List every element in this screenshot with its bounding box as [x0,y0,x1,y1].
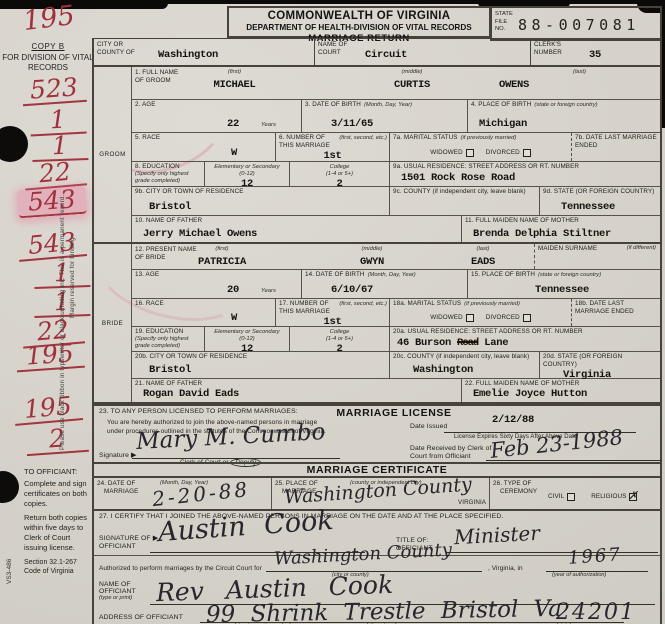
num-sub-label: (first, second, etc.) [339,301,387,308]
college-sub: (1-4 or 5+) [326,336,353,343]
groom-marital-label: 7a. MARITAL STATUS [393,134,458,142]
bride-parents-row: 21. NAME OF FATHER Rogan David Eads 22. … [132,379,660,402]
last-sub-label: (last) [477,246,490,253]
bride-education-label-cell: 19. EDUCATION (Specify only highest grad… [132,327,205,351]
received-date-line [486,460,662,461]
bride-residence-value-row: 46 Burson Road Lane [397,337,657,349]
margin-handwritten-number: 195 [13,392,83,426]
state-file-label-3: NO. [495,26,516,34]
bride-last-value: EADS [471,256,495,268]
bride-residence-label: 20a. USUAL RESIDENCE: STREET ADDRESS OR … [393,328,657,336]
bride-maiden-cell: MAIDEN SURNAME (if different) [534,244,659,269]
bride-section-label: BRIDE [94,244,132,402]
divorced-label: DIVORCED [486,149,520,157]
bride-middle-name: (middle) GWYN [312,244,432,269]
groom-county-cell: 9c. COUNTY (if independent city, leave b… [390,187,540,215]
elem-label: Elementary or Secondary [214,329,279,336]
groom-name-label: 1. FULL NAME OF GROOM [135,69,178,85]
groom-last-value: OWENS [499,79,529,91]
officiant-address-label: ADDRESS OF OFFICIANT [99,614,183,622]
margin-handwritten-number: 523 [21,74,87,107]
bride-marital-checkboxes: WIDOWED DIVORCED [393,314,568,322]
bride-dob-label: 14. DATE OF BIRTH [305,271,365,279]
bride-father-label: 21. NAME OF FATHER [135,380,458,388]
groom-age-row: 2. AGE 22 Years 3. DATE OF BIRTH(Month, … [132,100,660,133]
authorized-mid-text: , Virginia, in [488,565,523,573]
bride-age-value-row: 20 Years [227,284,298,296]
groom-marital-status-cell: 7a. MARITAL STATUS(if previously married… [390,133,572,161]
marital-sub-label: (if previously married) [464,301,520,308]
groom-residence-cell: 9a. USUAL RESIDENCE: STREET ADDRESS OR R… [390,162,660,186]
margin-handwritten-number: 543 [17,228,87,262]
groom-mother-value: Brenda Delphia Stiltner [473,228,657,240]
last-sub-label: (last) [573,69,586,76]
commonwealth-title: COMMONWEALTH OF VIRGINIA [229,10,489,22]
department-title: DEPARTMENT OF HEALTH-DIVISION OF VITAL R… [229,23,489,32]
elem-label: Elementary or Secondary [214,164,279,171]
groom-bride-table: GROOM 1. FULL NAME OF GROOM (first) MICH… [92,67,662,404]
groom-num-value: 1st [323,150,341,162]
state-file-label-2: FILE [495,19,516,27]
religious-checkbox-mark: ✗ [628,489,637,502]
groom-age-cell: 2. AGE 22 Years [132,100,302,132]
type-of-ceremony-cell: 26. TYPE OF CEREMONY CIVIL RELIGIOUS ✗ [490,478,660,509]
officiant-address-zip-handwriting: 24201 [556,600,636,624]
divorced-checkbox [523,149,531,157]
groom-father-value: Jerry Michael Owens [143,228,458,240]
groom-father-label: 10. NAME OF FATHER [135,217,458,225]
bride-race-value: W [231,312,272,324]
bride-rows: 12. PRESENT NAME OF BRIDE (first) PATRIC… [132,244,660,402]
margin-handwritten-number: 195 [15,340,85,373]
widowed-checkbox [466,149,474,157]
copy-designation: COPY B FOR DIVISION OF VITAL RECORDS [0,42,96,74]
margin-handwritten-number: 2 [25,424,89,457]
bride-state-label: 20d. STATE (OR FOREIGN COUNTRY) [543,353,657,369]
state-file-label: STATE FILE NO. [492,8,518,39]
binding-margin-note: Margin reserved for binding [69,237,76,318]
divorced-label: DIVORCED [486,314,520,322]
edu-sub-2: grade completed) [135,343,201,350]
groom-education-row: 8. EDUCATION (Specify only highest grade… [132,162,660,187]
num-label-2: THIS MARRIAGE [279,142,386,150]
groom-state-cell: 9d. STATE (OR FOREIGN COUNTRY) Tennessee [540,187,660,215]
pob-sub-label: (state or foreign country) [534,102,597,109]
bride-county-value: Washington [413,364,536,376]
authorized-year-handwriting: 1967 [567,544,622,569]
edu-sub-2: grade completed) [135,178,201,185]
groom-name-label-1: 1. FULL NAME [135,69,178,77]
city-county-label-1: CITY OR [97,41,311,49]
groom-dob-label: 3. DATE OF BIRTH [305,101,361,109]
marriage-certificate-section: MARRIAGE CERTIFICATE 24. DATE OF MARRIAG… [92,462,662,624]
groom-city-row: 9b. CITY OR TOWN OF RESIDENCE Bristol 9c… [132,187,660,216]
widowed-label: WIDOWED [430,314,463,322]
bride-marital-label: 18a. MARITAL STATUS [393,300,461,308]
court-label-2: COURT [318,49,527,57]
court-info-row: CITY OR COUNTY OF Washington NAME OF COU… [92,38,662,67]
signature-arrow-icon: ▶ [153,535,158,542]
groom-father-cell: 10. NAME OF FATHER Jerry Michael Owens [132,216,462,242]
form-number: VS3-486 [6,559,13,584]
middle-sub-label: (middle) [362,246,383,253]
officiant-instructions-title: TO OFFICIANT: [24,467,94,476]
code-reference-line2: Code of Virginia [24,567,94,576]
bride-dob-value: 6/10/67 [331,284,464,296]
maiden-label: MAIDEN SURNAME [538,245,597,253]
elem-sub: (0-12) [239,336,254,343]
clerk-number-label-1: CLERK'S [534,41,657,49]
groom-county-label: 9c. COUNTY (if independent city, leave b… [393,188,536,196]
bride-middle-value: GWYN [360,256,384,268]
certificate-row-24-26: 24. DATE OF MARRIAGE (Month, Day, Year) … [94,478,660,511]
groom-city-value: Bristol [149,201,386,213]
first-sub-label: (first) [215,246,228,253]
groom-mother-cell: 11. FULL MAIDEN NAME OF MOTHER Brenda De… [462,216,660,242]
widowed-checkbox [466,314,474,322]
groom-education-label-cell: 8. EDUCATION (Specify only highest grade… [132,162,205,186]
bride-father-value: Rogan David Eads [143,388,458,400]
ink-instruction-note: Please use black ribbon in typewriter or… [59,195,66,450]
officiant-note-1: Complete and sign certificates on both c… [24,479,94,508]
pob-sub-label: (state or foreign country) [538,272,601,279]
received-label-2: Court from Officiant [410,453,471,461]
bride-marriage-ended-cell: 18b. DATE LAST MARRIAGE ENDED [572,299,660,326]
copy-for-line1: FOR DIVISION OF VITAL [0,53,96,63]
officiant-note-2: Return both copies within five days to C… [24,513,94,552]
officiant-signature-handwriting: Austin Cook [157,505,334,548]
college-sub: (1-4 or 5+) [326,171,353,178]
elem-sub: (0-12) [239,171,254,178]
groom-section: GROOM 1. FULL NAME OF GROOM (first) MICH… [94,67,660,244]
bride-dob-cell: 14. DATE OF BIRTH(Month, Day, Year) 6/10… [302,270,468,298]
groom-name-label-2: OF GROOM [135,77,178,85]
bride-city-cell: 20b. CITY OR TOWN OF RESIDENCE Bristol [132,352,390,378]
signature-of-text: SIGNATURE OF [99,535,151,542]
bride-last-name: (last) EADS [432,244,534,269]
years-label: Years [261,122,276,129]
bride-college-cell: College (1-4 or 5+) 2 [290,327,390,351]
groom-first-value: MICHAEL [213,79,255,91]
bride-marriage-number-cell: 17. NUMBER OF THIS MARRIAGE (first, seco… [276,299,390,326]
date-issued-label: Date Issued [410,423,447,431]
bride-name-label-2: OF BRIDE [135,254,197,262]
bride-section: BRIDE 12. PRESENT NAME OF BRIDE (first) … [94,244,660,404]
bride-father-cell: 21. NAME OF FATHER Rogan David Eads [132,379,462,402]
clerk-number-cell: CLERK'S NUMBER 35 [531,39,660,65]
bride-county-label: 20c. COUNTY (if independent city, leave … [393,353,536,361]
officiant-signature-label-2: OFFICIANT [99,543,136,551]
copy-for-line2: RECORDS [0,63,96,73]
college-label: College [330,164,350,171]
bride-age-row: 13. AGE 20 Years 14. DATE OF BIRTH(Month… [132,270,660,299]
groom-ended-label: 7b. DATE LAST MARRIAGE ENDED [575,134,657,150]
groom-marriage-ended-cell: 7b. DATE LAST MARRIAGE ENDED [572,133,660,161]
place-of-marriage-handwriting: Washington County [283,473,472,508]
groom-race-cell: 5. RACE W [132,133,276,161]
bride-mother-label: 22. FULL MAIDEN NAME OF MOTHER [465,380,657,388]
groom-college-cell: College (1-4 or 5+) 2 [290,162,390,186]
officiant-title-handwriting: Minister [453,521,540,549]
groom-age-value-row: 22 Years [227,118,298,130]
bride-pob-value: Tennessee [535,284,657,296]
bride-county-cell: 20c. COUNTY (if independent city, leave … [390,352,540,378]
bride-elementary-cell: Elementary or Secondary (0-12) 12 [205,327,290,351]
state-file-box: STATE FILE NO. 88-007081 [490,6,662,41]
edu-sub-1: (Specify only highest [135,171,201,178]
dob-sub-label: (Month, Day, Year) [364,102,412,109]
city-county-cell: CITY OR COUNTY OF Washington [94,39,315,65]
groom-section-label: GROOM [94,67,132,242]
bride-age-value: 20 [227,284,239,296]
bride-ended-label: 18b. DATE LAST MARRIAGE ENDED [575,300,657,316]
scanned-marriage-return-document: { "margin": { "numbers": ["195","523","1… [0,0,665,624]
bride-education-row: 19. EDUCATION (Specify only highest grad… [132,327,660,352]
bride-city-value: Bristol [149,364,386,376]
officiant-address-row: ADDRESS OF OFFICIANT 99 Shrink Trestle B… [94,609,660,624]
groom-age-label: 2. AGE [135,101,298,109]
form-title-box: COMMONWEALTH OF VIRGINIA DEPARTMENT OF H… [227,6,490,38]
groom-race-row: 5. RACE W 6. NUMBER OF THIS MARRIAGE (fi… [132,133,660,162]
groom-marriage-number-cell: 6. NUMBER OF THIS MARRIAGE (first, secon… [276,133,390,161]
groom-city-label: 9b. CITY OR TOWN OF RESIDENCE [135,188,386,196]
signature-label-text: Signature [99,452,129,459]
groom-age-value: 22 [227,118,239,130]
bride-name-label: 12. PRESENT NAME OF BRIDE [135,246,197,262]
bride-mother-cell: 22. FULL MAIDEN NAME OF MOTHER Emelie Jo… [462,379,660,402]
copy-label: COPY B [0,42,96,51]
divorced-checkbox [523,314,531,322]
groom-marital-checkboxes: WIDOWED DIVORCED [393,149,568,157]
groom-dob-value: 3/11/65 [331,118,464,130]
groom-city-cell: 9b. CITY OR TOWN OF RESIDENCE Bristol [132,187,390,215]
bride-race-row: 16. RACE W 17. NUMBER OF THIS MARRIAGE (… [132,299,660,327]
years-label: Years [261,288,276,295]
bride-state-cell: 20d. STATE (OR FOREIGN COUNTRY) Virginia [540,352,660,378]
edu-sub-1: (Specify only highest [135,336,201,343]
middle-sub-label: (middle) [402,69,423,76]
officiant-instructions: TO OFFICIANT: Complete and sign certific… [24,467,94,576]
clerk-number-value: 35 [589,49,601,61]
groom-race-label: 5. RACE [135,134,272,142]
bride-city-label: 20b. CITY OR TOWN OF RESIDENCE [135,353,386,361]
maiden-sub-label: (if different) [627,245,656,253]
first-sub-label: (first) [228,69,241,76]
groom-mother-label: 11. FULL MAIDEN NAME OF MOTHER [465,217,657,225]
num-sub-label: (first, second, etc.) [339,135,387,142]
date-of-marriage-cell: 24. DATE OF MARRIAGE (Month, Day, Year) … [94,478,272,509]
bride-mother-value: Emelie Joyce Hutton [473,388,657,400]
state-file-number: 88-007081 [518,16,640,39]
code-reference-line1: Section 32.1-267 [24,558,94,567]
officiant-title-line [446,552,658,553]
court-label-1: NAME OF [318,41,527,49]
code-reference: Section 32.1-267 Code of Virginia [24,558,94,576]
bride-age-label: 13. AGE [135,271,298,279]
officiant-name-label-3: (type or print) [99,595,132,602]
widowed-label: WIDOWED [430,149,463,157]
groom-pob-cell: 4. PLACE OF BIRTH(state or foreign count… [468,100,660,132]
marriage-license-section: 23. TO ANY PERSON LICENSED TO PERFORM MA… [92,404,662,462]
state-file-label-1: STATE [495,11,516,19]
authorized-pre-text: Authorized to perform marriages by the C… [99,565,262,573]
religious-checkbox: ✗ [629,493,637,501]
groom-dob-cell: 3. DATE OF BIRTH(Month, Day, Year) 3/11/… [302,100,468,132]
groom-middle-name: (middle) CURTIS [337,67,487,99]
groom-state-value: Tennessee [561,201,657,213]
bride-num-value: 1st [323,316,341,328]
bride-residence-value-1: 46 Burson [397,337,451,349]
bride-name-row: 12. PRESENT NAME OF BRIDE (first) PATRIC… [132,244,660,270]
religious-label: RELIGIOUS [591,493,626,501]
marital-sub-label: (if previously married) [461,135,517,142]
received-date-handwriting: Feb 23-1988 [489,425,624,463]
bride-residence-cell: 20a. USUAL RESIDENCE: STREET ADDRESS OR … [390,327,660,351]
civil-label: CIVIL [548,493,564,501]
groom-residence-label: 9a. USUAL RESIDENCE: STREET ADDRESS OR R… [393,163,657,171]
groom-edu-label: 8. EDUCATION [135,163,201,171]
groom-name-row: 1. FULL NAME OF GROOM (first) MICHAEL (m… [132,67,660,100]
ceremony-label-1: 26. TYPE OF [493,480,657,488]
bride-edu-label: 19. EDUCATION [135,328,201,336]
groom-pob-value: Michigan [479,118,657,130]
court-name-value: Circuit [365,49,407,61]
bride-city-row: 20b. CITY OR TOWN OF RESIDENCE Bristol 2… [132,352,660,379]
margin-handwritten-number-highlighted: 543 [17,186,87,219]
bride-residence-value-2: Lane [484,337,508,349]
groom-parents-row: 10. NAME OF FATHER Jerry Michael Owens 1… [132,216,660,242]
place-of-marriage-cell: 25. PLACE OF MARRIAGE (county or indepen… [272,478,490,509]
bride-first-value: PATRICIA [198,256,246,268]
marriage-certificate-heading: MARRIAGE CERTIFICATE [94,464,660,478]
groom-state-label: 9d. STATE (OR FOREIGN COUNTRY) [543,188,657,196]
num-label-2: THIS MARRIAGE [279,308,386,316]
civil-checkbox [567,493,575,501]
groom-residence-value: 1501 Rock Rose Road [401,172,657,184]
place-virginia-label: VIRGINIA [458,499,486,507]
groom-middle-value: CURTIS [394,79,430,91]
bride-pob-label: 15. PLACE OF BIRTH [471,271,535,279]
date-issued-value: 2/12/88 [492,414,534,426]
bride-marital-status-cell: 18a. MARITAL STATUS(if previously marrie… [390,299,572,326]
signature-label: Signature ▶ [99,452,136,461]
court-name-cell: NAME OF COURT Circuit [315,39,531,65]
bride-age-cell: 13. AGE 20 Years [132,270,302,298]
dob-sub-label: (Month, Day, Year) [368,272,416,279]
city-county-value: Washington [158,49,218,61]
groom-race-value: W [231,147,272,159]
ceremony-checkboxes: CIVIL RELIGIOUS ✗ [548,493,637,501]
groom-last-name: (last) OWENS [487,67,660,99]
bride-residence-struck-word: Road [457,337,478,349]
bride-race-label: 16. RACE [135,300,272,308]
groom-pob-label: 4. PLACE OF BIRTH [471,101,531,109]
groom-elementary-cell: Elementary or Secondary (0-12) 12 [205,162,290,186]
bride-pob-cell: 15. PLACE OF BIRTH(state or foreign coun… [468,270,660,298]
college-label: College [330,329,350,336]
bride-name-label-1: 12. PRESENT NAME [135,246,197,254]
bride-race-cell: 16. RACE W [132,299,276,326]
groom-rows: 1. FULL NAME OF GROOM (first) MICHAEL (m… [132,67,660,242]
